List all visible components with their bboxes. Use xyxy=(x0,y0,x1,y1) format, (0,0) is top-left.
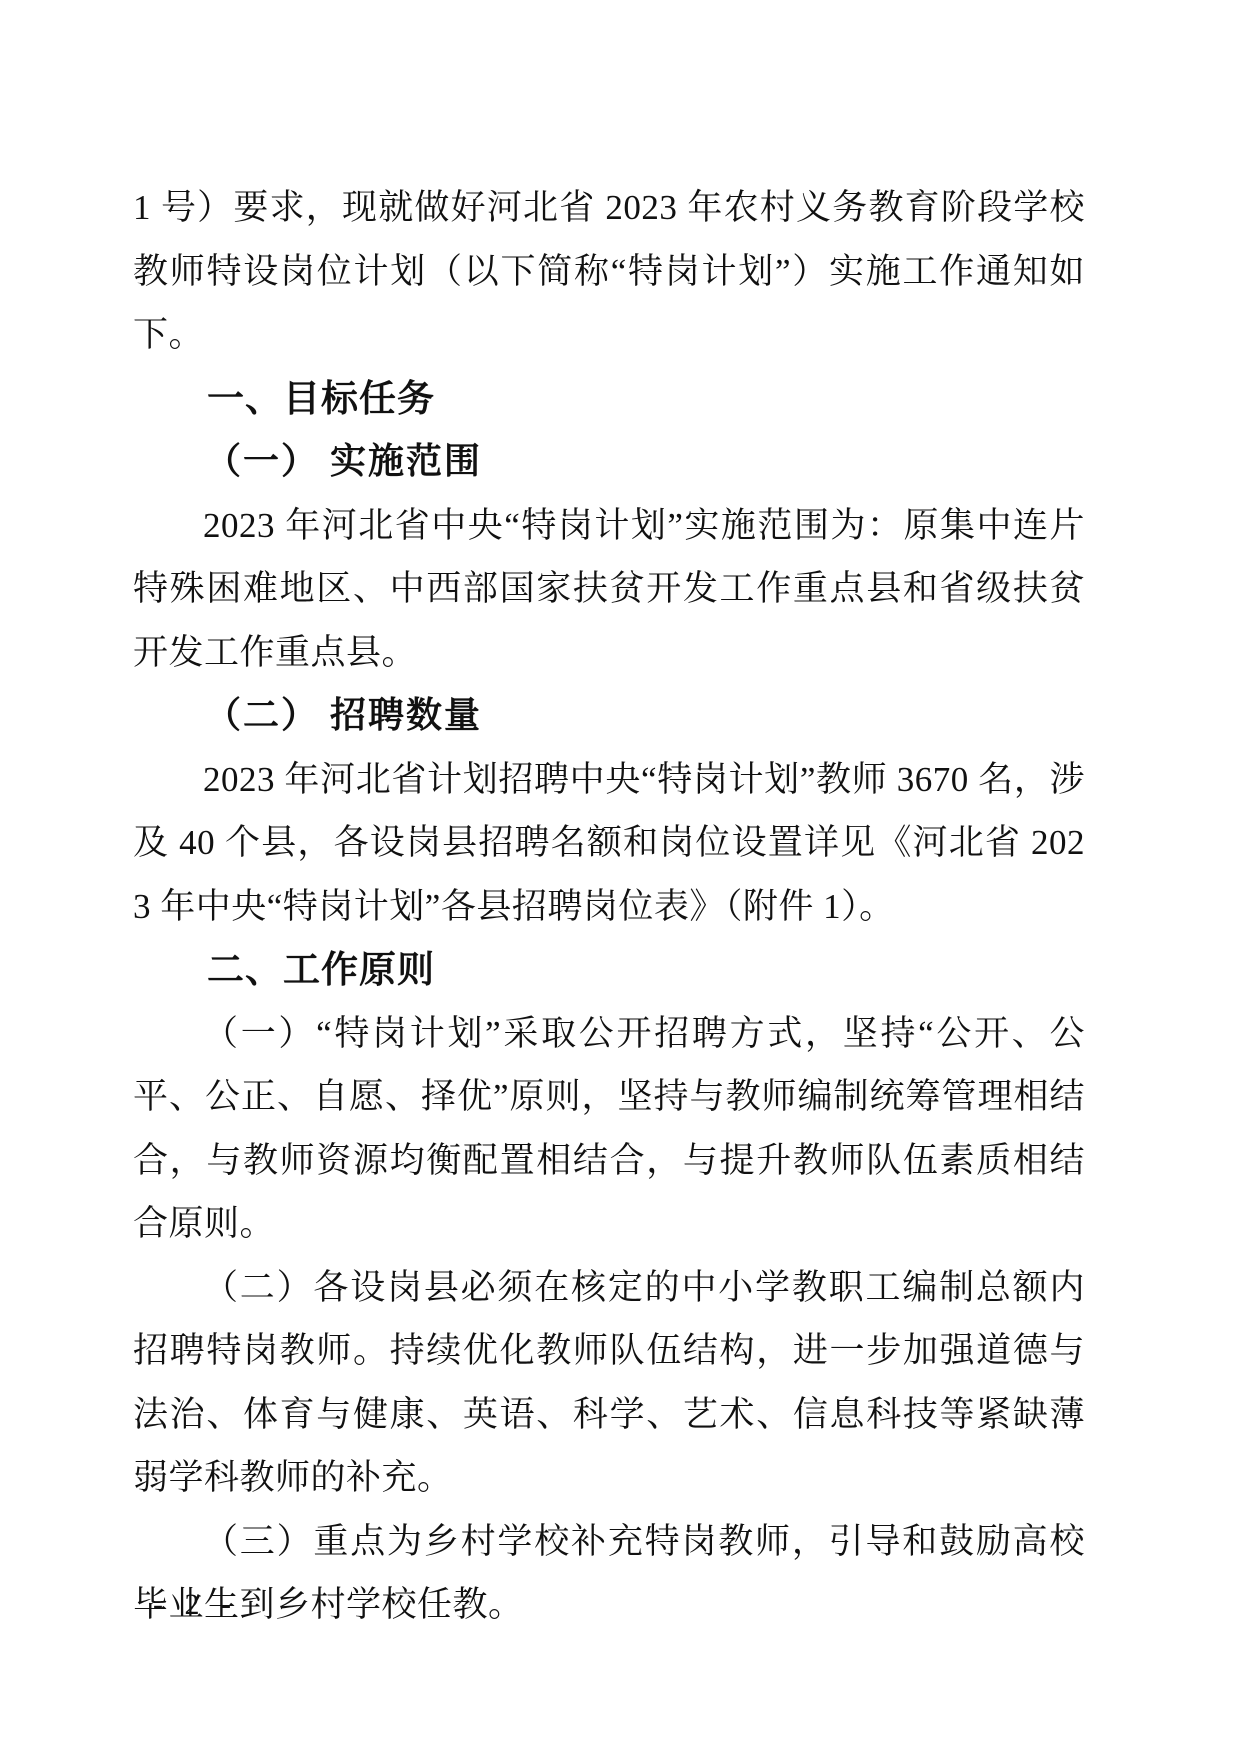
section-heading-goals-tasks: 一、目标任务 xyxy=(133,367,1085,431)
body-paragraph-implementation-scope: 2023 年河北省中央“特岗计划”实施范围为：原集中连片特殊困难地区、中西部国家… xyxy=(133,494,1085,685)
page-number: - 2 - xyxy=(153,1588,238,1622)
body-paragraph-principle-3: （三）重点为乡村学校补充特岗教师，引导和鼓励高校毕业生到乡村学校任教。 xyxy=(133,1510,1085,1637)
body-paragraph-recruitment-quantity: 2023 年河北省计划招聘中央“特岗计划”教师 3670 名，涉及 40 个县，… xyxy=(133,748,1085,939)
document-page: 1 号）要求，现就做好河北省 2023 年农村义务教育阶段学校教师特设岗位计划（… xyxy=(0,0,1241,1755)
body-paragraph-principle-2: （二）各设岗县必须在核定的中小学教职工编制总额内招聘特岗教师。持续优化教师队伍结… xyxy=(133,1256,1085,1510)
body-paragraph-principle-1: （一）“特岗计划”采取公开招聘方式，坚持“公开、公平、公正、自愿、择优”原则，坚… xyxy=(133,1002,1085,1256)
subsection-heading-implementation-scope: （一） 实施范围 xyxy=(133,430,1085,494)
continuation-paragraph: 1 号）要求，现就做好河北省 2023 年农村义务教育阶段学校教师特设岗位计划（… xyxy=(133,176,1085,367)
document-text-block: 1 号）要求，现就做好河北省 2023 年农村义务教育阶段学校教师特设岗位计划（… xyxy=(133,176,1085,1637)
subsection-heading-recruitment-quantity: （二） 招聘数量 xyxy=(133,684,1085,748)
section-heading-work-principles: 二、工作原则 xyxy=(133,938,1085,1002)
